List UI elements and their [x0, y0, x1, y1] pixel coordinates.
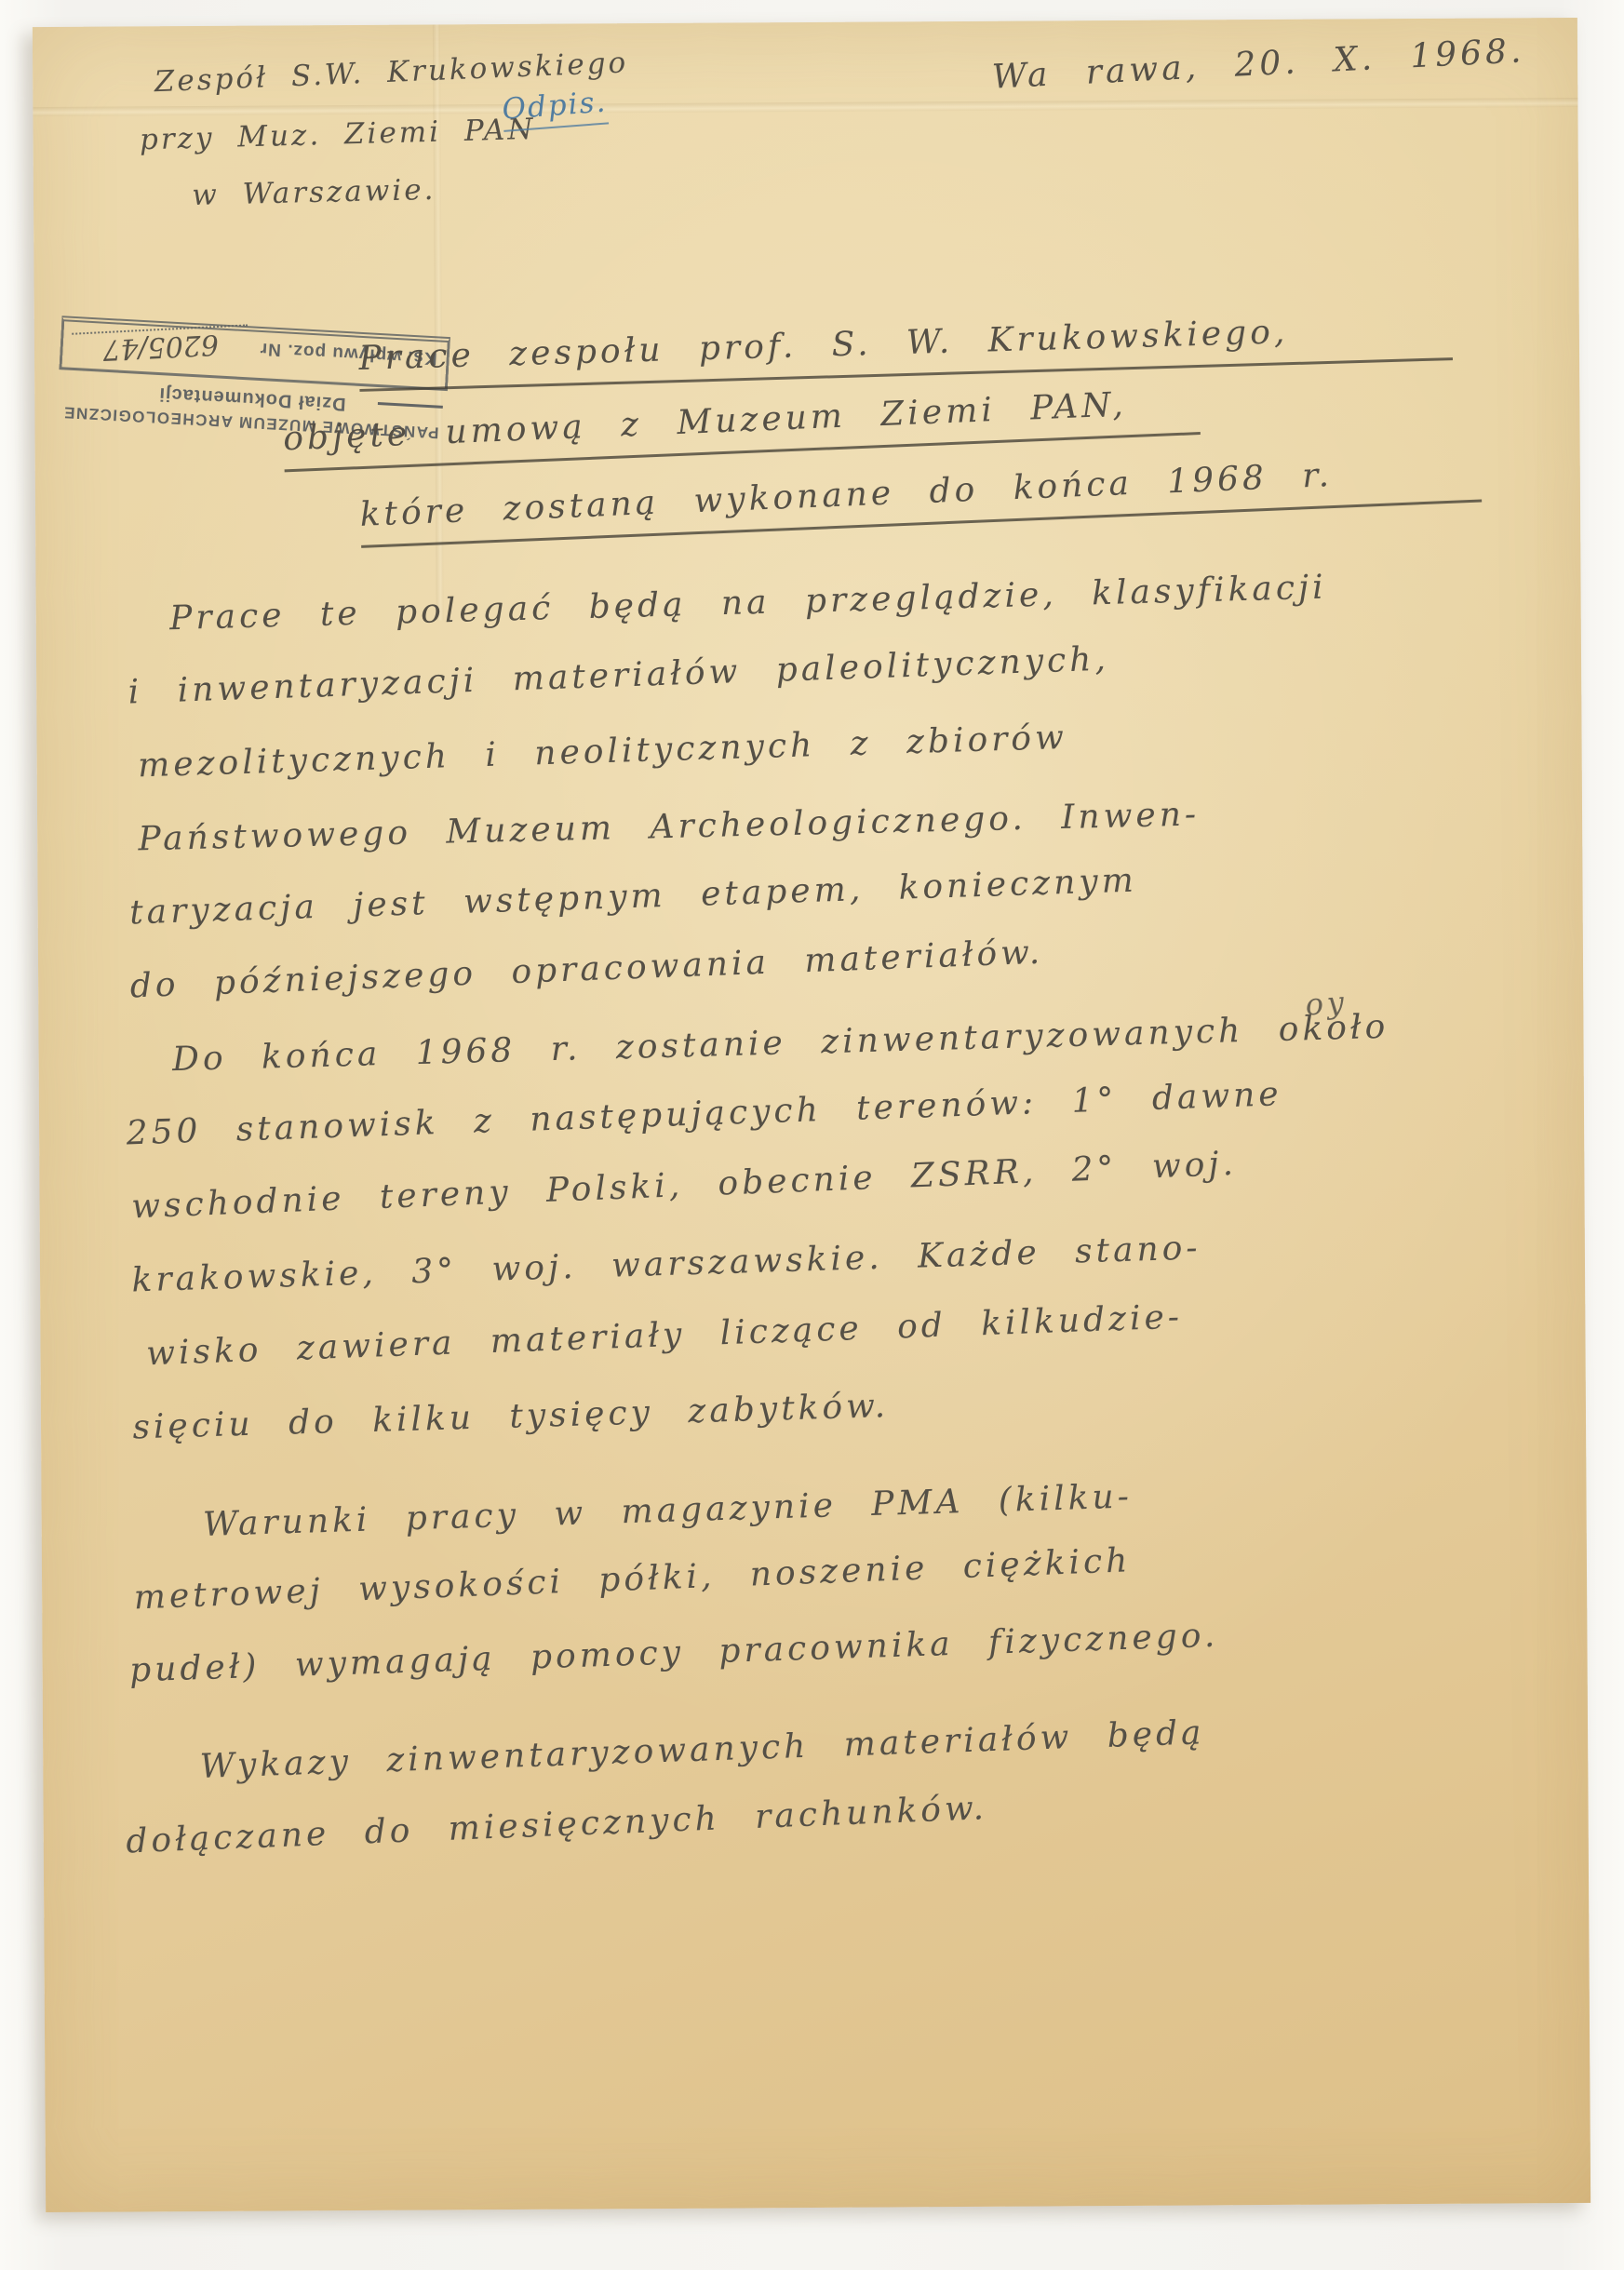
- body-line: metrowej wysokości półki, noszenie ciężk…: [133, 1541, 1132, 1617]
- body-line: mezolitycznych i neolitycznych z zbiorów: [138, 719, 1068, 785]
- sender-line-2: przy Muz. Ziemi PAN: [139, 113, 535, 156]
- dateline: Wa rawa, 20. X. 1968.: [991, 32, 1525, 96]
- stamp-register-number-handwritten: 6205/47: [72, 324, 248, 367]
- body-line: sięciu do kilku tysięcy zabytków.: [132, 1387, 890, 1446]
- body-line: taryzacja jest wstępnym etapem, konieczn…: [129, 862, 1138, 933]
- title-line-1: Prace zespołu prof. S. W. Krukowskiego,: [358, 308, 1453, 392]
- body-line: wisko zawiera materiały liczące od kilku…: [145, 1298, 1183, 1374]
- body-line: i inwentaryzacji materiałów paleolityczn…: [128, 640, 1109, 712]
- body-line: Państwowego Muzeum Archeologicznego. Inw…: [138, 796, 1200, 859]
- body-line: krakowskie, 3° woj. warszawskie. Każde s…: [131, 1229, 1201, 1299]
- body-line: Prace te polegać będą na przeglądzie, kl…: [169, 569, 1328, 638]
- title-line-3: które zostaną wykonane do końca 1968 r.: [359, 450, 1482, 548]
- body-line: Warunki pracy w magazynie PMA (kilku-: [203, 1477, 1134, 1543]
- scanned-document-page: { "page": { "background_color": "#f6f5f1…: [0, 0, 1624, 2270]
- paper-crease-horizontal: [33, 98, 1577, 116]
- body-line: dołączane do miesięcznych rachunków.: [126, 1789, 988, 1860]
- paper-sheet: Zespół S.W. Krukowskiego przy Muz. Ziemi…: [33, 18, 1590, 2212]
- body-line: Wykazy zinwentaryzowanych materiałów będ…: [199, 1713, 1205, 1786]
- body-line: 250 stanowisk z następujących terenów: 1…: [126, 1075, 1282, 1152]
- copy-annotation: Odpis.: [501, 85, 609, 131]
- body-line: pudeł) wymagają pomocy pracownika fizycz…: [129, 1617, 1219, 1690]
- body-line: do późniejszego opracowania materiałów.: [129, 934, 1044, 1006]
- sender-line-3: w Warszawie.: [192, 173, 436, 212]
- body-line: Do końca 1968 r. zostanie zinwentaryzowa…: [171, 1008, 1389, 1079]
- body-line: wschodnie tereny Polski, obecnie ZSRR, 2…: [130, 1145, 1237, 1227]
